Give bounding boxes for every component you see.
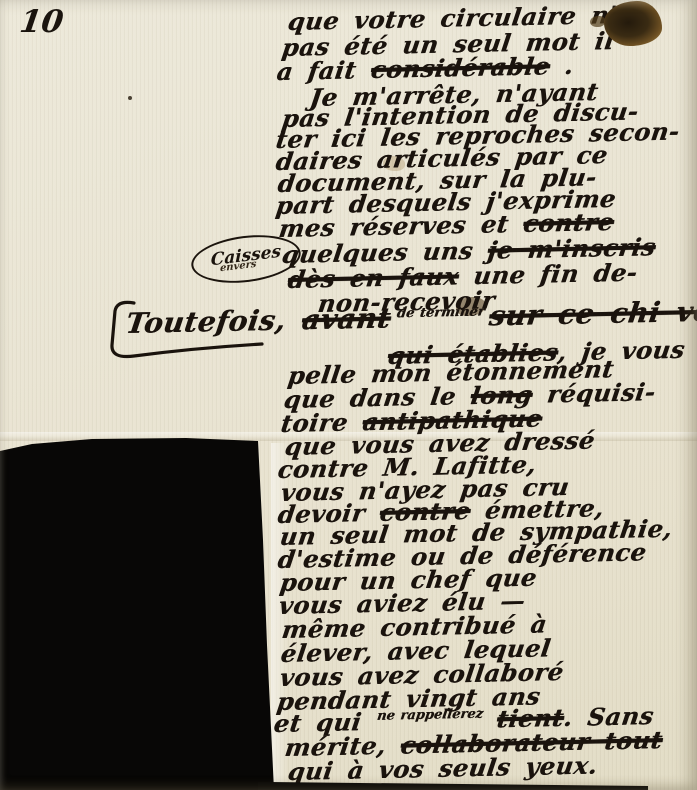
insertion-bracket-icon [100, 297, 270, 369]
handwriting-text: réquisi- [530, 377, 657, 409]
handwriting-text: . [548, 51, 576, 80]
struck-out-text: avant [300, 301, 393, 336]
ink-blot [604, 1, 662, 46]
inserted-text: de terminer [390, 304, 491, 321]
ink-blot-satellite [590, 16, 605, 27]
manuscript-line: qui à vos seuls yeux. [286, 754, 599, 784]
handwriting-text: qui à vos seuls yeux. [286, 751, 599, 786]
inserted-text: ne rappellerez [376, 707, 484, 724]
scanned-letter-page: 10 que votre circulaire n'aitpas été un … [0, 0, 697, 790]
struck-out-text: sur ce chi vous [487, 294, 697, 332]
